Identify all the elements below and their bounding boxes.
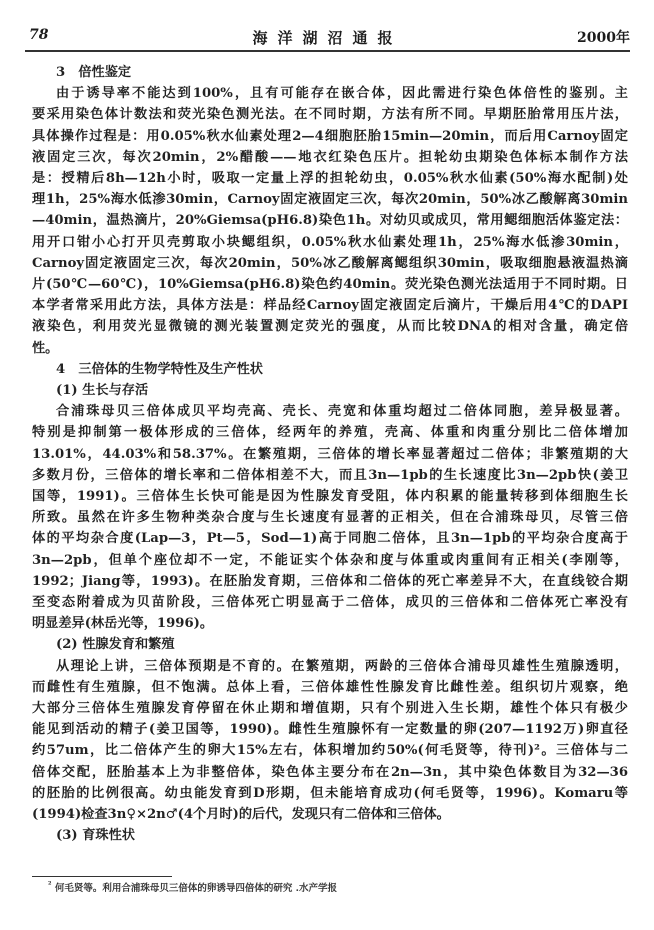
footnote-text: 何毛贤等。利用合浦珠母贝三倍体的卵诱导四倍体的研究 .水产学报 [55,883,337,894]
text-line: 明显差异(林岳光等，1996)。 [32,613,628,634]
footnote-marker: ² [48,879,52,889]
page-header: 78 海洋湖沼通报 2000年 [25,27,630,49]
text-line: 具体操作过程是：用0.05%秋水仙素处理2—4细胞胚胎15min—20min，而… [32,126,628,147]
section-heading: (3) 育珠性状 [56,825,628,846]
text-line: 从理论上讲，三倍体预期是不育的。在繁殖期，两龄的三倍体合浦母贝雄性生殖腺透明， [56,656,628,677]
section-heading: (2) 性腺发育和繁殖 [56,634,628,655]
text-line: (1994)检查3n♀×2n♂(4个月时)的后代，发现只有二倍体和三倍体。 [32,804,628,825]
text-line: 要采用染色体计数法和荧光染色测光法。在不同时期，方法有所不同。早期胚胎常用压片法… [32,104,628,125]
text-line: 所致。虽然在许多生物种类杂合度与生长速度有显著的正相关，但在合浦珠母贝，尽管三倍 [32,507,628,528]
footnote-rule [32,876,172,877]
text-line: 合浦珠母贝三倍体成贝平均壳高、壳长、壳宽和体重均超过二倍体同胞，差异极显著。 [56,401,628,422]
text-line: 大部分三倍体生殖腺发育停留在休止期和增值期，只有个别进入生长期，雄性个体只有极少 [32,698,628,719]
text-line: —40min，温热滴片，20%Giemsa(pH6.8)染色1h。对幼贝或成贝，… [32,210,628,231]
text-line: 多数月份，三倍体的增长率和二倍体相差不大，而且3n—1pb的生长速度比3n—2p… [32,465,628,486]
footnote: ² 何毛贤等。利用合浦珠母贝三倍体的卵诱导四倍体的研究 .水产学报 [48,879,337,894]
text-line: 的胚胎的比例很高。幼虫能发育到D形期，但未能培育成功(何毛贤等，1996)。Ko… [32,783,628,804]
text-line: 至变态附着成为贝苗阶段，三倍体死亡明显高于二倍体，成贝的三倍体和二倍体死亡率没有 [32,592,628,613]
text-line: 本学者常采用此方法，具体方法是：样品经Carnoy固定液固定后滴片，干燥后用4℃… [32,295,628,316]
journal-title: 海洋湖沼通报 [25,27,630,48]
text-line: 是：授精后8h—12h小时，吸取一定量上浮的担轮幼虫，0.05%秋水仙素(50%… [32,168,628,189]
text-line: 倍体交配，胚胎基本上为非整倍体，染色体主要分布在2n—3n，其中染色体数目为32… [32,762,628,783]
text-line: 能见到活动的精子(姜卫国等，1990)。雌性生殖腺怀有一定数量的卵(207—11… [32,719,628,740]
text-line: 国等，1991)。三倍体生长快可能是因为性腺发育受阻，体内积累的能量转移到体细胞… [32,486,628,507]
text-line: Carnoy固定液固定三次，每次20min，50%冰乙酸解离鳃组织30min，吸… [32,253,628,274]
text-line: 体的平均杂合度(Lap—3，Pt—5，Sod—1)高于同胞二倍体，且3n—1pb… [32,528,628,549]
text-line: 约57um，比二倍体产生的卵大15%左右，体积增加约50%(何毛贤等，待刊)²。… [32,740,628,761]
publication-year: 2000年 [577,27,630,47]
section-heading: 4 三倍体的生物学特性及生产性状 [56,359,628,380]
text-line: 性。 [32,338,628,359]
text-line: 理1h，25%海水低渗30min，Carnoy固定液固定三次，每次20min，5… [32,189,628,210]
journal-page: 78 海洋湖沼通报 2000年 3 倍性鉴定由于诱导率不能达到100%，且有可能… [0,0,654,930]
text-line: 用开口钳小心打开贝壳剪取小块鳃组织，0.05%秋水仙素处理1h，25%海水低渗3… [32,232,628,253]
text-line: 液固定三次，每次20min，2%醋酸——地衣红染色压片。担轮幼虫期染色体标本制作… [32,147,628,168]
text-line: 1992；Jiang等，1993)。在胚胎发育期，三倍体和二倍体的死亡率差异不大… [32,571,628,592]
text-line: 特别是抑制第一极体形成的三倍体，经两年的养殖，壳高、体重和肉重分别比二倍体增加 [32,422,628,443]
section-heading: (1) 生长与存活 [56,380,628,401]
text-line: 而雌性有生殖腺，但不饱满。总体上看，三倍体雄性性腺发育比雌性差。组织切片观察，绝 [32,677,628,698]
text-line: 液染色，利用荧光显微镜的测光装置测定荧光的强度，从而比较DNA的相对含量，确定倍 [32,316,628,337]
text-line: 片(50℃—60℃)，10%Giemsa(pH6.8)染色约40min。荧光染色… [32,274,628,295]
text-line: 13.01%，44.03%和58.37%。在繁殖期，三倍体的增长率显著超过二倍体… [32,444,628,465]
section-heading: 3 倍性鉴定 [56,62,628,83]
header-rule [25,50,630,52]
text-line: 由于诱导率不能达到100%，且有可能存在嵌合体，因此需进行染色体倍性的鉴别。主 [56,83,628,104]
text-line: 3n—2pb，但单个座位却不一定，不能证实个体杂和度与体重或肉重间有正相关(李刚… [32,550,628,571]
